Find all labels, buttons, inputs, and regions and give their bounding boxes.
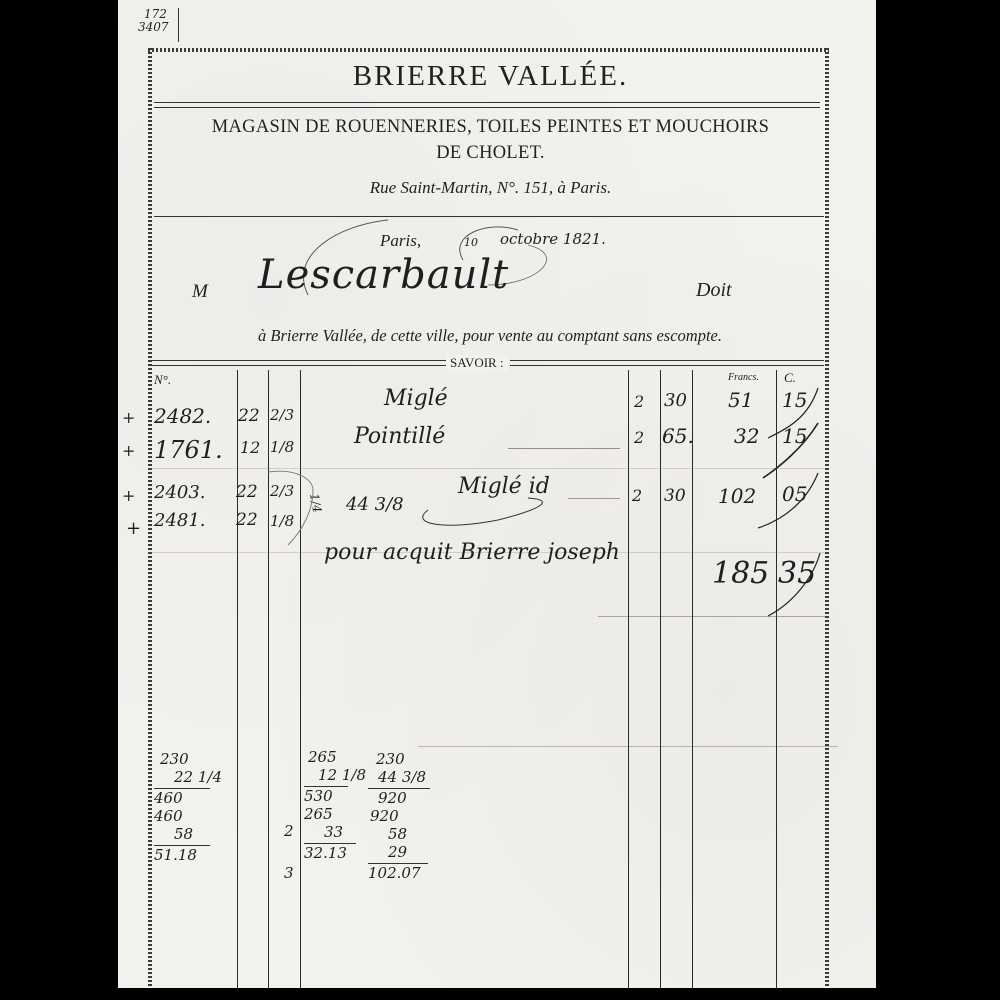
item-qty: 12 — [240, 438, 260, 457]
item-price-centimes: 65. — [662, 424, 694, 448]
savoir-rule-left — [150, 360, 450, 366]
description-flourish — [408, 470, 578, 530]
sale-terms: à Brierre Vallée, de cette ville, pour v… — [160, 326, 820, 346]
invoice-paper: 172 3407 BRIERRE VALLÉE. MAGASIN DE ROUE… — [118, 0, 876, 988]
savoir-label: SAVOIR : — [446, 355, 508, 371]
item-description-qty: 44 3/8 — [346, 494, 404, 515]
item-qty: 22 — [238, 406, 260, 426]
calculation-1: 230 22 1/4 460 460 58 51.18 — [154, 750, 222, 864]
calculation-2: 265 12 1/8 530 265 33 32.13 — [304, 748, 366, 862]
item-qty: 22 — [236, 510, 258, 530]
salutation: M — [192, 281, 208, 303]
column-divider — [237, 370, 238, 988]
column-divider — [628, 370, 629, 988]
check-mark: + — [122, 408, 135, 427]
calculation-3: 230 44 3/8 920 920 58 29 102.07 — [368, 750, 430, 882]
item-qty: 22 — [236, 482, 258, 502]
header-double-rule — [154, 102, 820, 108]
item-fraction: 2/3 — [270, 406, 294, 424]
item-number: 2403. — [154, 482, 206, 503]
bracket-flourish — [258, 470, 348, 550]
doit-label: Doit — [696, 279, 732, 302]
column-divider — [692, 370, 693, 988]
column-divider — [300, 370, 301, 988]
item-number: 1761. — [154, 436, 223, 464]
column-header-number: N°. — [154, 372, 171, 388]
customer-name: Lescarbault — [258, 252, 509, 298]
item-price-francs: 2 — [634, 392, 644, 411]
calculation-2-prefix: 3 — [284, 864, 294, 882]
column-divider — [660, 370, 661, 988]
check-mark: + — [122, 441, 135, 460]
centimes-flourish — [748, 378, 828, 618]
calculation-2-prefix: 2 — [284, 822, 294, 840]
check-mark: + — [126, 518, 141, 539]
item-price-francs: 2 — [634, 428, 644, 447]
company-name: BRIERRE VALLÉE. — [152, 60, 829, 93]
company-address: Rue Saint-Martin, N°. 151, à Paris. — [152, 178, 829, 198]
corner-bracket — [174, 8, 179, 42]
corner-note: 172 3407 — [138, 8, 169, 34]
item-description: Pointillé — [354, 424, 445, 449]
item-price-centimes: 30 — [664, 390, 687, 411]
receipt-note: pour acquit Brierre joseph — [324, 540, 620, 565]
company-description: MAGASIN DE ROUENNERIES, TOILES PEINTES E… — [152, 114, 829, 166]
savoir-rule-right — [510, 360, 824, 366]
item-number: 2482. — [154, 404, 211, 428]
item-description: Miglé — [384, 386, 448, 411]
check-mark: + — [122, 486, 135, 505]
item-fraction: 1/8 — [270, 438, 294, 456]
item-price-centimes: 30 — [664, 486, 686, 506]
column-divider — [268, 370, 269, 988]
item-price-francs: 2 — [632, 486, 642, 505]
item-number: 2481. — [154, 510, 206, 531]
